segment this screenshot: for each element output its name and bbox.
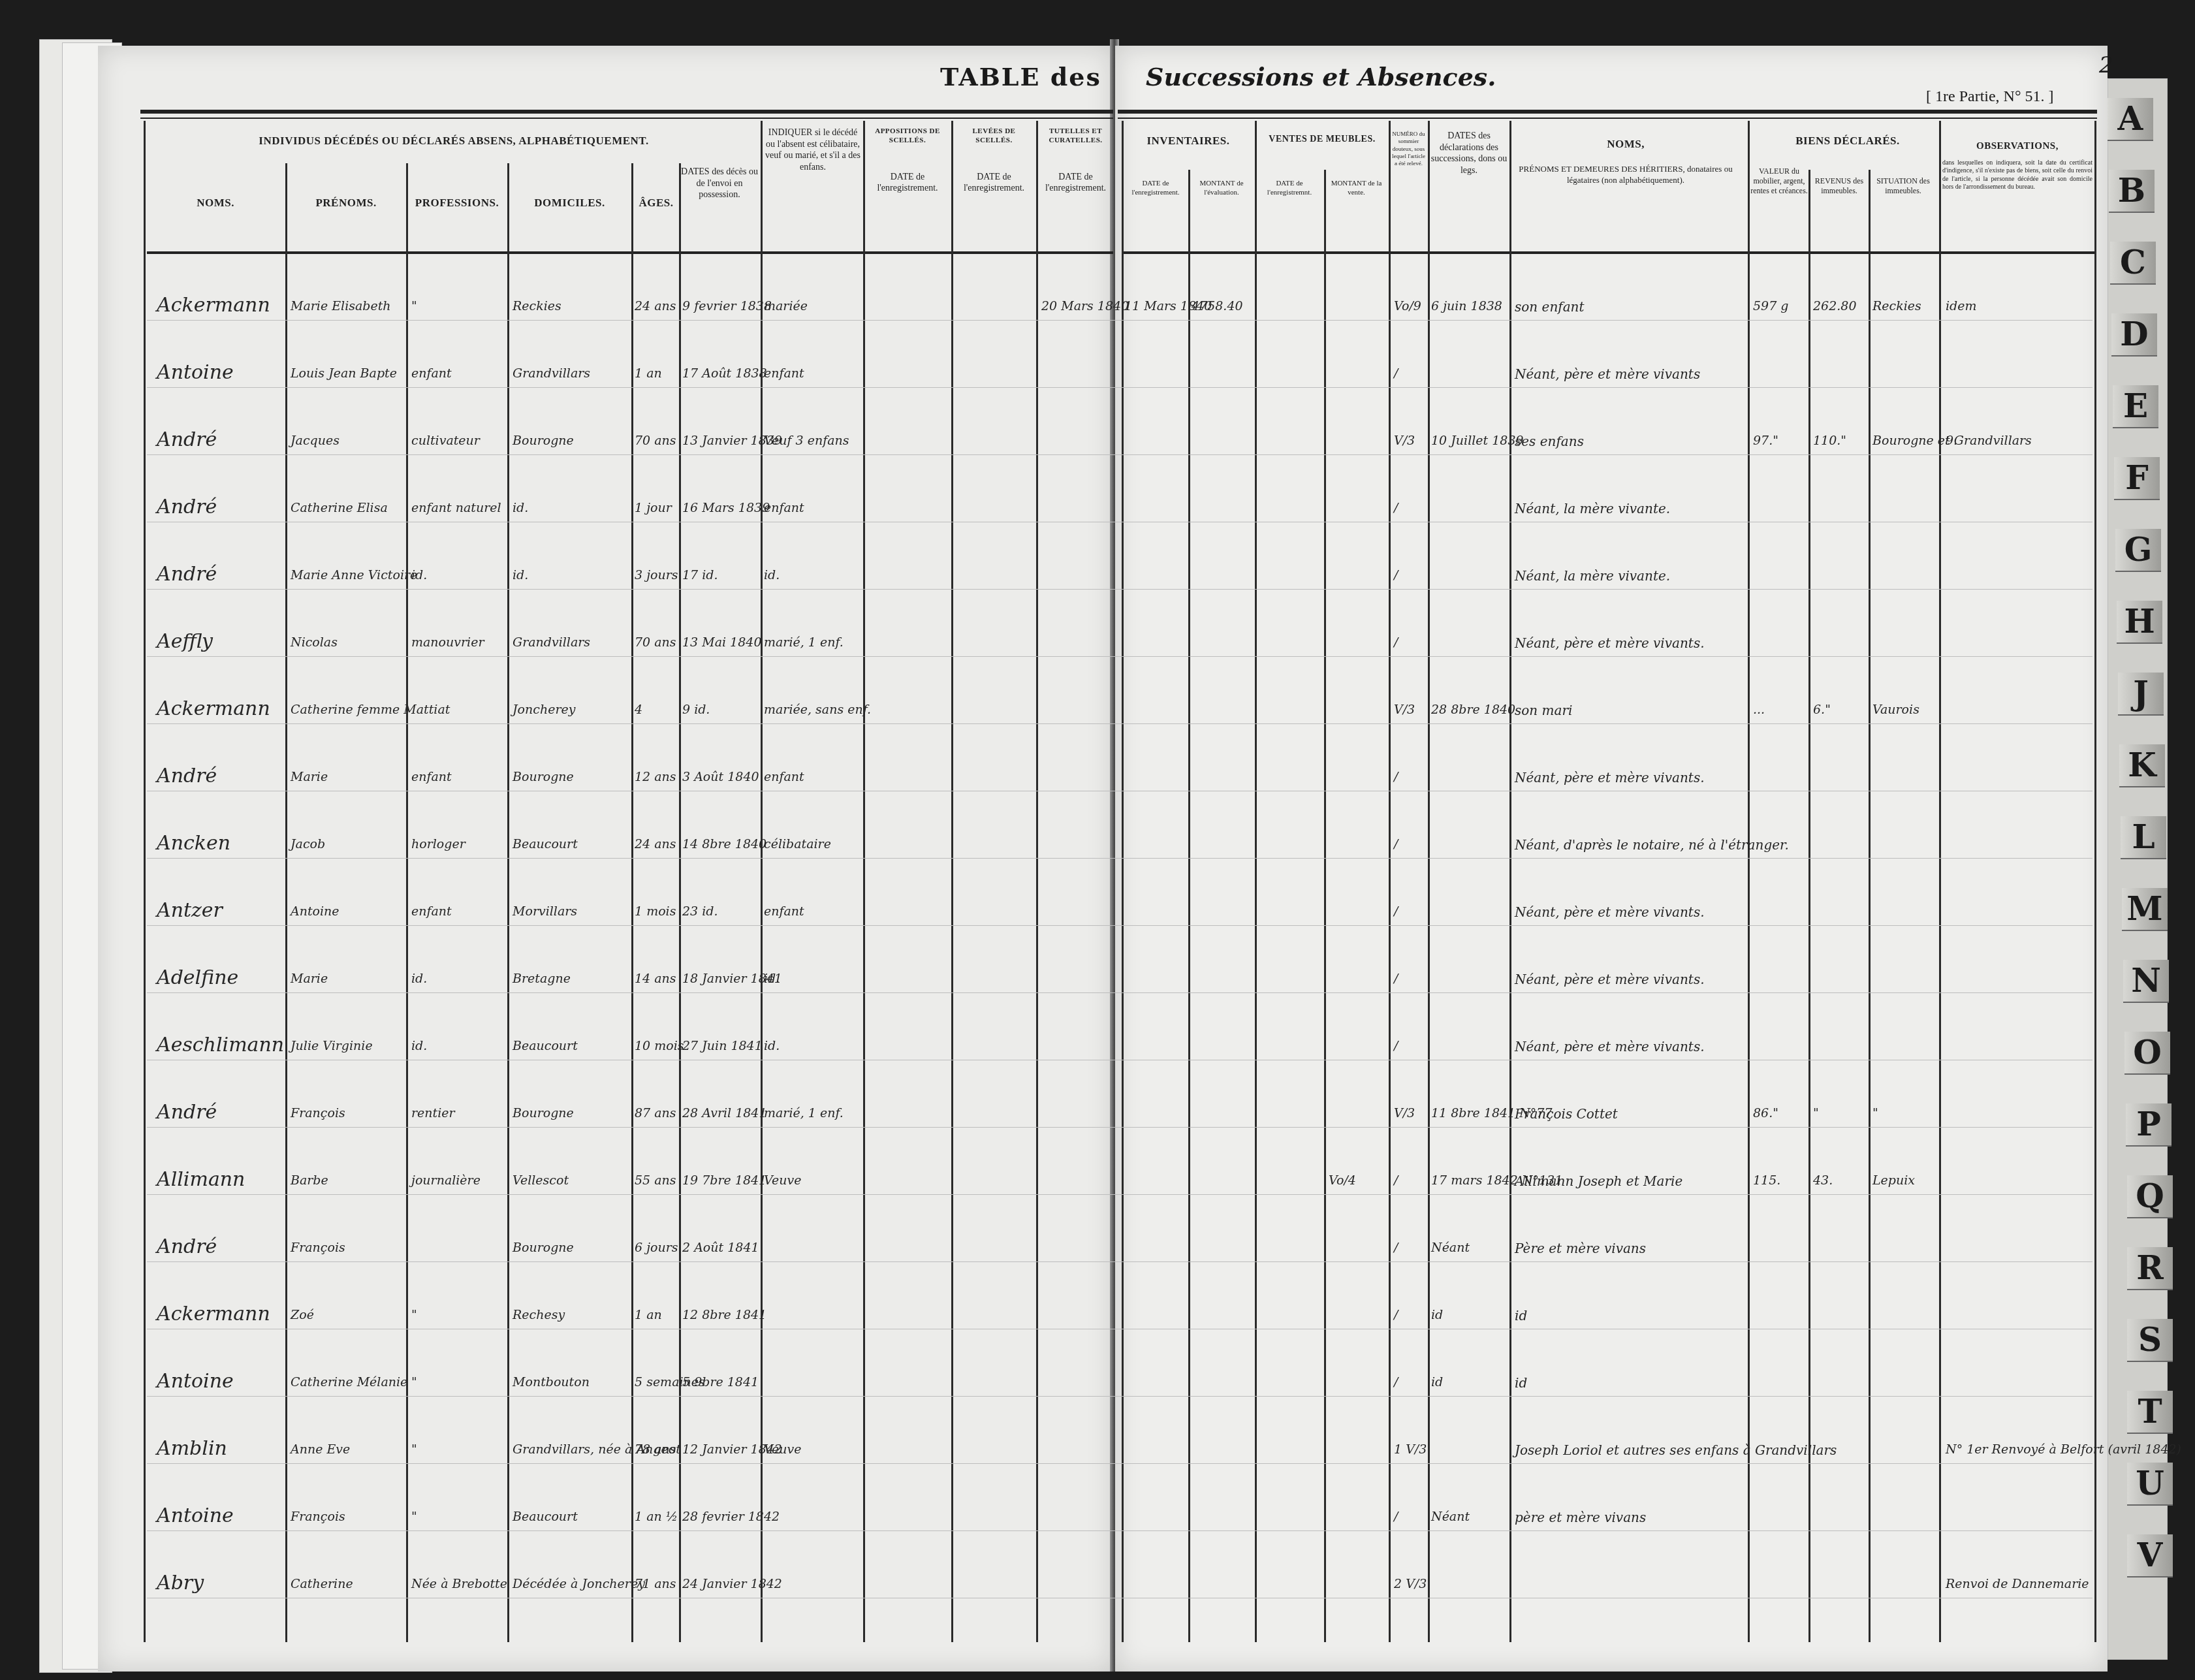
row-prenom: Marie Anne Victoire <box>291 568 417 582</box>
row-guide-line <box>147 925 2092 926</box>
header-noms-heritiers: NOMS, PRÉNOMS ET DEMEURES DES HÉRITIERS,… <box>1511 137 1740 185</box>
row-prenom: Zoé <box>291 1308 314 1322</box>
row-prenom: François <box>291 1241 345 1255</box>
row-guide-line <box>147 791 2092 791</box>
index-tab-p[interactable]: P <box>2126 1103 2171 1147</box>
col-line <box>951 121 953 1642</box>
col-line <box>144 121 146 1642</box>
row-domicile: Rechesy <box>513 1308 565 1322</box>
row-domicile: Bourogne <box>513 770 574 784</box>
col-line <box>406 163 408 1642</box>
row-sommier: Vo/9 <box>1394 299 1421 313</box>
row-domicile: Bourogne <box>513 1241 574 1255</box>
row-nom: Aeffly <box>157 630 213 653</box>
row-sommier: / <box>1394 568 1398 582</box>
row-domicile: Bretagne <box>513 972 571 986</box>
row-guide-line <box>147 1463 2092 1464</box>
row-nom: André <box>157 496 217 518</box>
row-profession: rentier <box>411 1106 455 1120</box>
row-inv-montant: 4758.40 <box>1192 299 1243 313</box>
noms-heritiers-sublabel: PRÉNOMS ET DEMEURES DES HÉRITIERS, donat… <box>1511 164 1740 185</box>
row-sommier: / <box>1394 1308 1398 1322</box>
row-decl-date: 6 juin 1838 <box>1431 299 1502 313</box>
biens-label: BIENS DÉCLARÉS. <box>1750 134 1946 148</box>
header-rule-right-thin <box>1118 118 2097 119</box>
row-decl-date: 10 Juillet 1839 <box>1431 434 1524 448</box>
row-guide-line <box>147 1127 2092 1128</box>
row-heritiers: Allimann Joseph et Marie <box>1515 1173 1682 1189</box>
row-etat: id. <box>764 568 780 582</box>
row-profession: enfant <box>411 366 452 381</box>
row-profession: id. <box>411 972 427 986</box>
row-heritiers: id <box>1515 1308 1527 1323</box>
col-line <box>863 121 865 1642</box>
row-domicile: Bourogne <box>513 1106 574 1120</box>
running-title-right: Successions et Absences. <box>1146 62 1496 91</box>
row-etat: id. <box>764 1039 780 1053</box>
col-line <box>1808 170 1810 1642</box>
index-tab-b[interactable]: B <box>2109 170 2155 213</box>
row-age: 55 ans <box>635 1173 676 1188</box>
row-age: 1 jour <box>635 501 672 515</box>
page-number: 2 <box>2099 52 2113 78</box>
row-situation: Reckies <box>1872 299 1921 313</box>
row-revenus: 43. <box>1813 1173 1833 1188</box>
row-domicile: id. <box>513 568 528 582</box>
row-prenom: Barbe <box>291 1173 328 1188</box>
row-domicile: Joncherey <box>513 703 575 717</box>
row-guide-line <box>147 656 2092 657</box>
row-sommier: 1 V/3 <box>1394 1442 1427 1457</box>
observations-label: OBSERVATIONS, <box>1942 140 2092 153</box>
header-rule-left <box>140 110 1113 114</box>
header-ventes-montant: MONTANT de la vente. <box>1325 180 1387 198</box>
row-heritiers: Néant, père et mère vivants. <box>1515 972 1705 987</box>
row-etat: mariée, sans enf. <box>764 703 871 717</box>
appositions-sublabel: DATE de l'enregistrement. <box>865 172 950 195</box>
row-sommier: / <box>1394 1039 1398 1053</box>
header-inv-montant: MONTANT de l'évaluation. <box>1190 180 1254 198</box>
row-sommier: V/3 <box>1394 434 1415 448</box>
row-guide-line <box>147 858 2092 859</box>
row-etat: enfant <box>764 501 804 515</box>
row-date: 9 id. <box>682 703 710 717</box>
noms-label: NOMS. <box>197 197 234 209</box>
index-tab-t[interactable]: T <box>2127 1391 2173 1434</box>
col-line <box>1122 121 1124 1642</box>
row-valeur: 97." <box>1753 434 1778 448</box>
index-tab-e[interactable]: E <box>2113 385 2158 428</box>
row-nom: Ackermann <box>157 697 270 720</box>
header-dates-declarations: DATES des déclarations des successions, … <box>1430 131 1508 176</box>
header-domiciles: DOMICILES. <box>509 196 630 210</box>
ventes-label: VENTES DE MEUBLES. <box>1257 134 1387 146</box>
row-date: 28 Avril 1841 <box>682 1106 767 1120</box>
row-profession: id. <box>411 568 427 582</box>
alphabet-index-tabs: ABCDEFGHJKLMNOPQRSTUV <box>2108 98 2173 1632</box>
row-nom: André <box>157 1235 217 1258</box>
row-etat: enfant <box>764 904 804 919</box>
index-tab-m[interactable]: M <box>2122 888 2168 931</box>
row-date: 27 Juin 1841 <box>682 1039 763 1053</box>
row-revenus: 262.80 <box>1813 299 1856 313</box>
index-tab-s[interactable]: S <box>2127 1319 2173 1362</box>
row-valeur: 115. <box>1753 1173 1780 1188</box>
col-line <box>1748 121 1750 1642</box>
row-guide-line <box>147 1530 2092 1531</box>
row-valeur: 597 g <box>1753 299 1788 313</box>
row-profession: " <box>411 1308 417 1322</box>
row-etat: enfant <box>764 770 804 784</box>
row-profession: enfant <box>411 770 452 784</box>
row-domicile: Grandvillars <box>513 635 590 650</box>
header-inv-date: DATE de l'enregistrement. <box>1123 180 1188 198</box>
row-decl-date: Néant <box>1431 1241 1470 1255</box>
row-date: 16 Mars 1839 <box>682 501 770 515</box>
row-age: 70 ans <box>635 635 676 650</box>
row-heritiers: François Cottet <box>1515 1106 1618 1122</box>
index-tab-a[interactable]: A <box>2108 98 2153 141</box>
col-line <box>507 163 509 1642</box>
row-sommier: / <box>1394 837 1398 851</box>
row-revenus: 6." <box>1813 703 1831 717</box>
row-etat: Veuf 3 enfans <box>764 434 849 448</box>
right-page <box>1115 46 2108 1672</box>
row-guide-line <box>147 1194 2092 1195</box>
row-domicile: Décédée à Joncherey <box>513 1577 645 1591</box>
header-professions: PROFESSIONS. <box>408 196 506 210</box>
row-age: 24 ans <box>635 837 676 851</box>
row-obs: 9. <box>1946 434 1957 448</box>
row-obs: idem <box>1946 299 1977 313</box>
row-date: 5 9bre 1841 <box>682 1375 759 1389</box>
row-age: 1 an <box>635 1308 662 1322</box>
row-prenom: Marie Elisabeth <box>291 299 391 313</box>
row-age: 1 mois <box>635 904 676 919</box>
header-levees: LEVÉES DE SCELLÉS. DATE de l'enregistrem… <box>953 127 1035 195</box>
row-profession: manouvrier <box>411 635 484 650</box>
header-dates: DATES des décès ou de l'envoi en possess… <box>680 166 759 201</box>
row-heritiers: son enfant <box>1515 299 1585 315</box>
row-prenom: Catherine Mélanie <box>291 1375 407 1389</box>
row-nom: Ackermann <box>157 1303 270 1325</box>
col-line <box>1036 121 1038 1642</box>
row-situation: " <box>1872 1106 1878 1120</box>
row-age: 4 <box>635 703 642 717</box>
col-line <box>1939 121 1941 1642</box>
row-guide-line <box>147 522 2092 522</box>
part-reference: [ 1re Partie, N° 51. ] <box>1926 88 2054 106</box>
row-profession: " <box>411 1510 417 1524</box>
row-nom: Aeschlimann <box>157 1034 284 1056</box>
header-noms: NOMS. <box>147 196 284 210</box>
header-ventes-date: DATE de l'enregistremnt. <box>1257 180 1322 198</box>
row-age: 12 ans <box>635 770 676 784</box>
row-sommier: / <box>1394 635 1398 650</box>
row-age: 1 an <box>635 366 662 381</box>
row-prenom: Jacques <box>291 434 340 448</box>
row-obs: Renvoi de Dannemarie <box>1946 1577 2089 1591</box>
row-valeur: ... <box>1753 703 1765 717</box>
row-etat: mariée <box>764 299 808 313</box>
row-nom: André <box>157 563 217 586</box>
row-prenom: Marie <box>291 972 328 986</box>
row-etat: id. <box>764 972 780 986</box>
row-date: 17 Août 1838 <box>682 366 767 381</box>
header-revenus: REVENUS des immeubles. <box>1810 176 1869 196</box>
row-age: 87 ans <box>635 1106 676 1120</box>
row-prenom: Louis Jean Bapte <box>291 366 397 381</box>
index-tab-f[interactable]: F <box>2114 457 2160 500</box>
row-heritiers: Néant, père et mère vivants <box>1515 366 1700 382</box>
row-prenom: Julie Virginie <box>291 1039 373 1053</box>
index-tab-h[interactable]: H <box>2117 601 2162 644</box>
row-heritiers: Néant, père et mère vivants. <box>1515 1039 1705 1054</box>
row-domicile: Reckies <box>513 299 561 313</box>
row-guide-line <box>147 1329 2092 1329</box>
row-nom: André <box>157 765 217 787</box>
row-sommier: / <box>1394 904 1398 919</box>
row-etat: Veuve <box>764 1173 801 1188</box>
index-tab-v[interactable]: V <box>2127 1534 2173 1577</box>
row-domicile: Beaucourt <box>513 1039 578 1053</box>
row-date: 19 7bre 1841 <box>682 1173 766 1188</box>
header-biens-declares: BIENS DÉCLARÉS. <box>1750 134 1946 148</box>
row-date: 28 fevrier 1842 <box>682 1510 780 1524</box>
row-date: 24 Janvier 1842 <box>682 1577 782 1591</box>
row-etat: Veuve <box>764 1442 801 1457</box>
row-profession: enfant <box>411 904 452 919</box>
row-valeur: 86." <box>1753 1106 1778 1120</box>
header-valeur: VALEUR du mobilier, argent, rentes et cr… <box>1750 166 1808 196</box>
row-sommier: / <box>1394 1241 1398 1255</box>
row-etat: enfant <box>764 366 804 381</box>
index-tab-k[interactable]: K <box>2119 744 2165 787</box>
row-sommier: 2 V/3 <box>1394 1577 1427 1591</box>
col-line <box>679 163 681 1642</box>
header-ventes: VENTES DE MEUBLES. <box>1257 134 1387 146</box>
row-nom: André <box>157 1101 217 1124</box>
row-sommier: / <box>1394 770 1398 784</box>
row-heritiers: Néant, d'après le notaire, né à l'étrang… <box>1515 837 1789 853</box>
row-profession: id. <box>411 1039 427 1053</box>
row-nom: Antzer <box>157 899 223 922</box>
row-heritiers: Père et mère vivans <box>1515 1241 1646 1256</box>
row-etat: marié, 1 enf. <box>764 635 844 650</box>
row-nom: Antoine <box>157 361 234 384</box>
row-prenom: François <box>291 1510 345 1524</box>
index-tab-u[interactable]: U <box>2127 1463 2173 1506</box>
header-prenoms: PRÉNOMS. <box>287 196 405 210</box>
header-bottom-bar-left <box>147 251 1113 254</box>
row-revenus: 110." <box>1813 434 1846 448</box>
row-domicile: id. <box>513 501 528 515</box>
col-line <box>761 121 763 1642</box>
appositions-label: APPOSITIONS DE SCELLÉS. <box>865 127 950 146</box>
row-age: 1 an ½ <box>635 1510 678 1524</box>
row-etat: marié, 1 enf. <box>764 1106 844 1120</box>
col-line <box>1255 121 1257 1642</box>
row-heritiers: Néant, la mère vivante. <box>1515 568 1670 584</box>
row-profession: journalière <box>411 1173 481 1188</box>
row-sommier: V/3 <box>1394 1106 1415 1120</box>
row-situation: Vaurois <box>1872 703 1919 717</box>
row-nom: André <box>157 428 217 451</box>
row-age: 71 ans <box>635 1577 676 1591</box>
header-inventaires: INVENTAIRES. <box>1123 134 1254 148</box>
professions-label: PROFESSIONS. <box>415 197 499 209</box>
row-guide-line <box>147 387 2092 388</box>
row-date: 13 Mai 1840 <box>682 635 761 650</box>
row-nom: Ancken <box>157 832 230 855</box>
group-header-label: INDIVIDUS DÉCÉDÉS OU DÉCLARÉS ABSENS, AL… <box>259 135 648 147</box>
ages-label: ÂGES. <box>639 197 673 209</box>
row-guide-line <box>147 589 2092 590</box>
levees-sublabel: DATE de l'enregistrement. <box>953 172 1035 195</box>
index-tab-n[interactable]: N <box>2123 960 2169 1003</box>
row-heritiers: Joseph Loriol et autres ses enfans à Gra… <box>1515 1442 1837 1458</box>
row-revenus: " <box>1813 1106 1819 1120</box>
col-line <box>1869 170 1871 1642</box>
row-tutelle: 20 Mars 1840 <box>1041 299 1129 313</box>
row-heritiers: Néant, père et mère vivants. <box>1515 904 1705 920</box>
row-date: 9 fevrier 1838 <box>682 299 772 313</box>
row-guide-line <box>147 1396 2092 1397</box>
row-profession: horloger <box>411 837 466 851</box>
tutelles-label: TUTELLES ET CURATELLES. <box>1038 127 1113 146</box>
row-age: 70 ans <box>635 434 676 448</box>
row-prenom: François <box>291 1106 345 1120</box>
row-age: 14 ans <box>635 972 676 986</box>
row-age: 24 ans <box>635 299 676 313</box>
noms-heritiers-label: NOMS, <box>1511 137 1740 151</box>
index-tab-q[interactable]: Q <box>2127 1175 2173 1218</box>
row-date: 14 8bre 1840 <box>682 837 766 851</box>
row-age: 10 mois <box>635 1039 684 1053</box>
row-guide-line <box>147 454 2092 455</box>
index-tab-o[interactable]: O <box>2124 1032 2170 1075</box>
domiciles-label: DOMICILES. <box>534 197 605 209</box>
col-line <box>1428 121 1430 1642</box>
row-date: 12 8bre 1841 <box>682 1308 766 1322</box>
row-profession: Née à Brebotte <box>411 1577 507 1591</box>
index-tab-g[interactable]: G <box>2115 529 2161 572</box>
row-heritiers: id <box>1515 1375 1527 1391</box>
row-guide-line <box>147 1598 2092 1598</box>
row-prenom: Nicolas <box>291 635 338 650</box>
col-line <box>2094 121 2096 1642</box>
col-line <box>285 163 287 1642</box>
row-decl-date: Néant <box>1431 1510 1470 1524</box>
header-appositions: APPOSITIONS DE SCELLÉS. DATE de l'enregi… <box>865 127 950 195</box>
row-nom: Ackermann <box>157 294 270 317</box>
col-line <box>1324 170 1326 1642</box>
col-line <box>1389 121 1391 1642</box>
header-observations: OBSERVATIONS, dans lesquelles on indique… <box>1942 140 2092 192</box>
row-domicile: Montbouton <box>513 1375 590 1389</box>
row-prenom: Catherine femme Mattiat <box>291 703 450 717</box>
row-heritiers: Néant, la mère vivante. <box>1515 501 1670 516</box>
row-guide-line <box>147 320 2092 321</box>
header-situation: SITUATION des immeubles. <box>1871 176 1936 196</box>
row-heritiers: père et mère vivans <box>1515 1510 1646 1525</box>
row-prenom: Jacob <box>291 837 325 851</box>
row-situation: Lepuix <box>1872 1173 1915 1188</box>
row-nom: Allimann <box>157 1168 245 1191</box>
row-sommier: / <box>1394 366 1398 381</box>
index-tab-j[interactable]: J <box>2118 673 2164 716</box>
row-age: 78 ans <box>635 1442 676 1457</box>
row-decl-date: id <box>1431 1308 1443 1322</box>
row-guide-line <box>147 1261 2092 1262</box>
left-page <box>98 46 1113 1672</box>
row-age: 6 jours <box>635 1241 678 1255</box>
index-tab-c[interactable]: C <box>2110 242 2156 285</box>
row-nom: Abry <box>157 1572 204 1594</box>
header-ages: ÂGES. <box>633 196 679 210</box>
row-heritiers: son mari <box>1515 703 1572 718</box>
header-tutelles: TUTELLES ET CURATELLES. DATE de l'enregi… <box>1038 127 1113 195</box>
col-line <box>631 163 633 1642</box>
col-line <box>1188 170 1190 1642</box>
row-age: 3 jours <box>635 568 678 582</box>
index-tab-l[interactable]: L <box>2121 816 2166 859</box>
row-heritiers: ses enfans <box>1515 434 1584 449</box>
header-rule-right <box>1118 110 2097 114</box>
row-ventes-montant: Vo/4 <box>1329 1173 1356 1188</box>
row-sommier: V/3 <box>1394 703 1415 717</box>
row-sommier: / <box>1394 501 1398 515</box>
row-prenom: Marie <box>291 770 328 784</box>
row-nom: Antoine <box>157 1504 234 1527</box>
row-date: 2 Août 1841 <box>682 1241 759 1255</box>
row-guide-line <box>147 992 2092 993</box>
row-date: 23 id. <box>682 904 718 919</box>
tutelles-sublabel: DATE de l'enregistrement. <box>1038 172 1113 195</box>
row-etat: célibataire <box>764 837 831 851</box>
row-prenom: Catherine Elisa <box>291 501 388 515</box>
row-domicile: Bourogne <box>513 434 574 448</box>
row-decl-date: 28 8bre 1840 <box>1431 703 1515 717</box>
row-domicile: Beaucourt <box>513 837 578 851</box>
row-date: 3 Août 1840 <box>682 770 759 784</box>
header-bottom-bar-right <box>1123 251 2096 254</box>
index-tab-r[interactable]: R <box>2127 1247 2173 1290</box>
row-decl-date: id <box>1431 1375 1443 1389</box>
row-sommier: / <box>1394 1510 1398 1524</box>
header-numero-sommier: NUMÉRO du sommier douteux, sous lequel l… <box>1391 131 1427 167</box>
row-domicile: Vellescot <box>513 1173 569 1188</box>
row-heritiers: Néant, père et mère vivants. <box>1515 635 1705 651</box>
row-sommier: / <box>1394 1375 1398 1389</box>
row-prenom: Anne Eve <box>291 1442 350 1457</box>
observations-sublabel: dans lesquelles on indiquera, soit la da… <box>1942 159 2092 192</box>
row-profession: enfant naturel <box>411 501 501 515</box>
row-prenom: Catherine <box>291 1577 353 1591</box>
row-heritiers: Néant, père et mère vivants. <box>1515 770 1705 785</box>
index-tab-d[interactable]: D <box>2111 313 2157 357</box>
row-profession: " <box>411 1442 417 1457</box>
inventaires-label: INVENTAIRES. <box>1123 134 1254 148</box>
col-line <box>1509 121 1511 1642</box>
row-domicile: Grandvillars <box>513 366 590 381</box>
levees-label: LEVÉES DE SCELLÉS. <box>953 127 1035 146</box>
header-rule-left-thin <box>140 118 1113 119</box>
row-profession: cultivateur <box>411 434 480 448</box>
prenoms-label: PRÉNOMS. <box>315 197 376 209</box>
running-title-left: TABLE des <box>940 62 1101 91</box>
row-guide-line <box>147 723 2092 724</box>
